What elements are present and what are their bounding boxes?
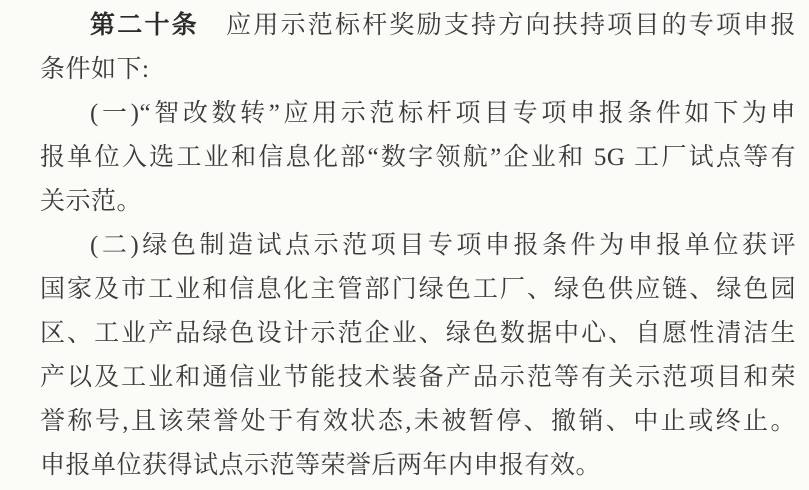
text-line: 申报单位获得试点示范等荣誉后两年内申报有效。: [40, 444, 796, 488]
text-line: 区、工业产品绿色设计示范企业、绿色数据中心、自愿性清洁生: [40, 312, 796, 356]
text-line: 国家及市工业和信息化主管部门绿色工厂、绿色供应链、绿色园: [40, 268, 796, 312]
text-line: 第二十条 应用示范标杆奖励支持方向扶持项目的专项申报: [40, 4, 796, 48]
text-line: (二)绿色制造试点示范项目专项申报条件为申报单位获评: [40, 224, 796, 268]
text-line: 产以及工业和通信业节能技术装备产品示范等有关示范项目和荣: [40, 356, 796, 400]
text-line: (一)“智改数转”应用示范标杆项目专项申报条件如下为申: [40, 92, 796, 136]
text-line: 誉称号,且该荣誉处于有效状态,未被暂停、撤销、中止或终止。: [40, 400, 796, 444]
article-number: 第二十条: [90, 12, 199, 39]
text-line: 关示范。: [40, 180, 796, 224]
text-line: 报单位入选工业和信息化部“数字领航”企业和 5G 工厂试点等有: [40, 136, 796, 180]
article-body: 第二十条 应用示范标杆奖励支持方向扶持项目的专项申报条件如下:(一)“智改数转”…: [40, 4, 796, 488]
text-line: 条件如下:: [40, 48, 796, 92]
document-page: 第二十条 应用示范标杆奖励支持方向扶持项目的专项申报条件如下:(一)“智改数转”…: [0, 0, 809, 490]
